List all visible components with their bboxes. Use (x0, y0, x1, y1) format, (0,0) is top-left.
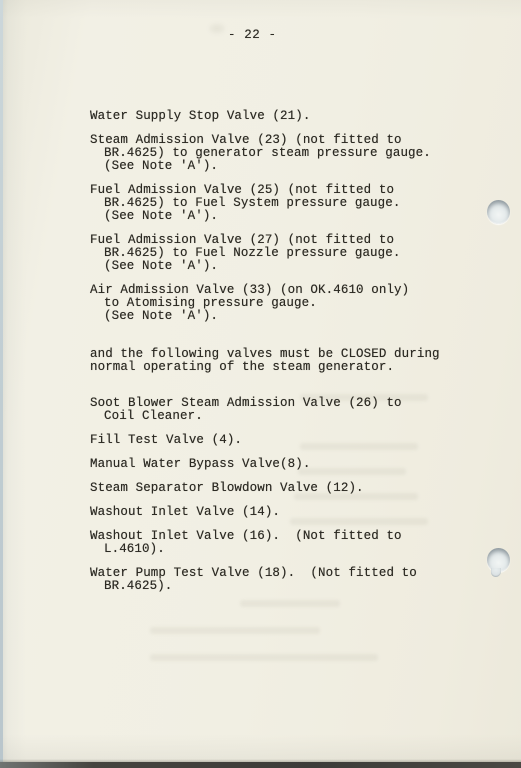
bleed-through-artifact (150, 627, 320, 634)
scanned-document-page: - 22 - Water Supply Stop Valve (21). Ste… (0, 0, 521, 768)
text-line: Manual Water Bypass Valve(8). (90, 458, 490, 471)
paragraph-closed-valves-note: and the following valves must be CLOSED … (90, 348, 490, 374)
hole-punch-top (487, 200, 510, 224)
text-line: Fill Test Valve (4). (90, 434, 490, 447)
text-line: (See Note 'A'). (90, 210, 490, 223)
text-line: Steam Separator Blowdown Valve (12). (90, 482, 490, 495)
paragraph-manual-water-bypass-valve: Manual Water Bypass Valve(8). (90, 458, 490, 471)
text-line: (See Note 'A'). (90, 260, 490, 273)
text-line: (See Note 'A'). (90, 310, 490, 323)
paragraph-soot-blower-valve: Soot Blower Steam Admission Valve (26) t… (90, 397, 490, 423)
text-line: Water Supply Stop Valve (21). (90, 110, 490, 123)
paragraph-steam-separator-blowdown-valve: Steam Separator Blowdown Valve (12). (90, 482, 490, 495)
page-number: - 22 - (228, 28, 277, 42)
hole-punch-bottom (487, 548, 510, 572)
text-line: (See Note 'A'). (90, 160, 490, 173)
text-line: Washout Inlet Valve (14). (90, 506, 490, 519)
text-line: normal operating of the steam generator. (90, 361, 490, 374)
text-line: L.4610). (90, 543, 490, 556)
paragraph-washout-inlet-valve-16: Washout Inlet Valve (16). (Not fitted to… (90, 530, 490, 556)
bleed-through-artifact (240, 600, 340, 607)
bleed-through-artifact (150, 654, 378, 661)
text-line: BR.4625). (90, 580, 490, 593)
paper-stain (210, 24, 224, 33)
page-body: Water Supply Stop Valve (21). Steam Admi… (90, 110, 490, 593)
paragraph-air-admission-valve: Air Admission Valve (33) (on OK.4610 onl… (90, 284, 490, 323)
paragraph-fuel-admission-valve-25: Fuel Admission Valve (25) (not fitted to… (90, 184, 490, 223)
paragraph-fuel-admission-valve-27: Fuel Admission Valve (27) (not fitted to… (90, 234, 490, 273)
paragraph-washout-inlet-valve-14: Washout Inlet Valve (14). (90, 506, 490, 519)
paragraph-steam-admission-valve: Steam Admission Valve (23) (not fitted t… (90, 134, 490, 173)
text-line: Coil Cleaner. (90, 410, 490, 423)
page-left-edge (0, 0, 3, 768)
paragraph-fill-test-valve: Fill Test Valve (4). (90, 434, 490, 447)
paragraph-water-pump-test-valve: Water Pump Test Valve (18). (Not fitted … (90, 567, 490, 593)
paragraph-water-supply-stop-valve: Water Supply Stop Valve (21). (90, 110, 490, 123)
page-bottom-scan-edge (0, 762, 521, 768)
